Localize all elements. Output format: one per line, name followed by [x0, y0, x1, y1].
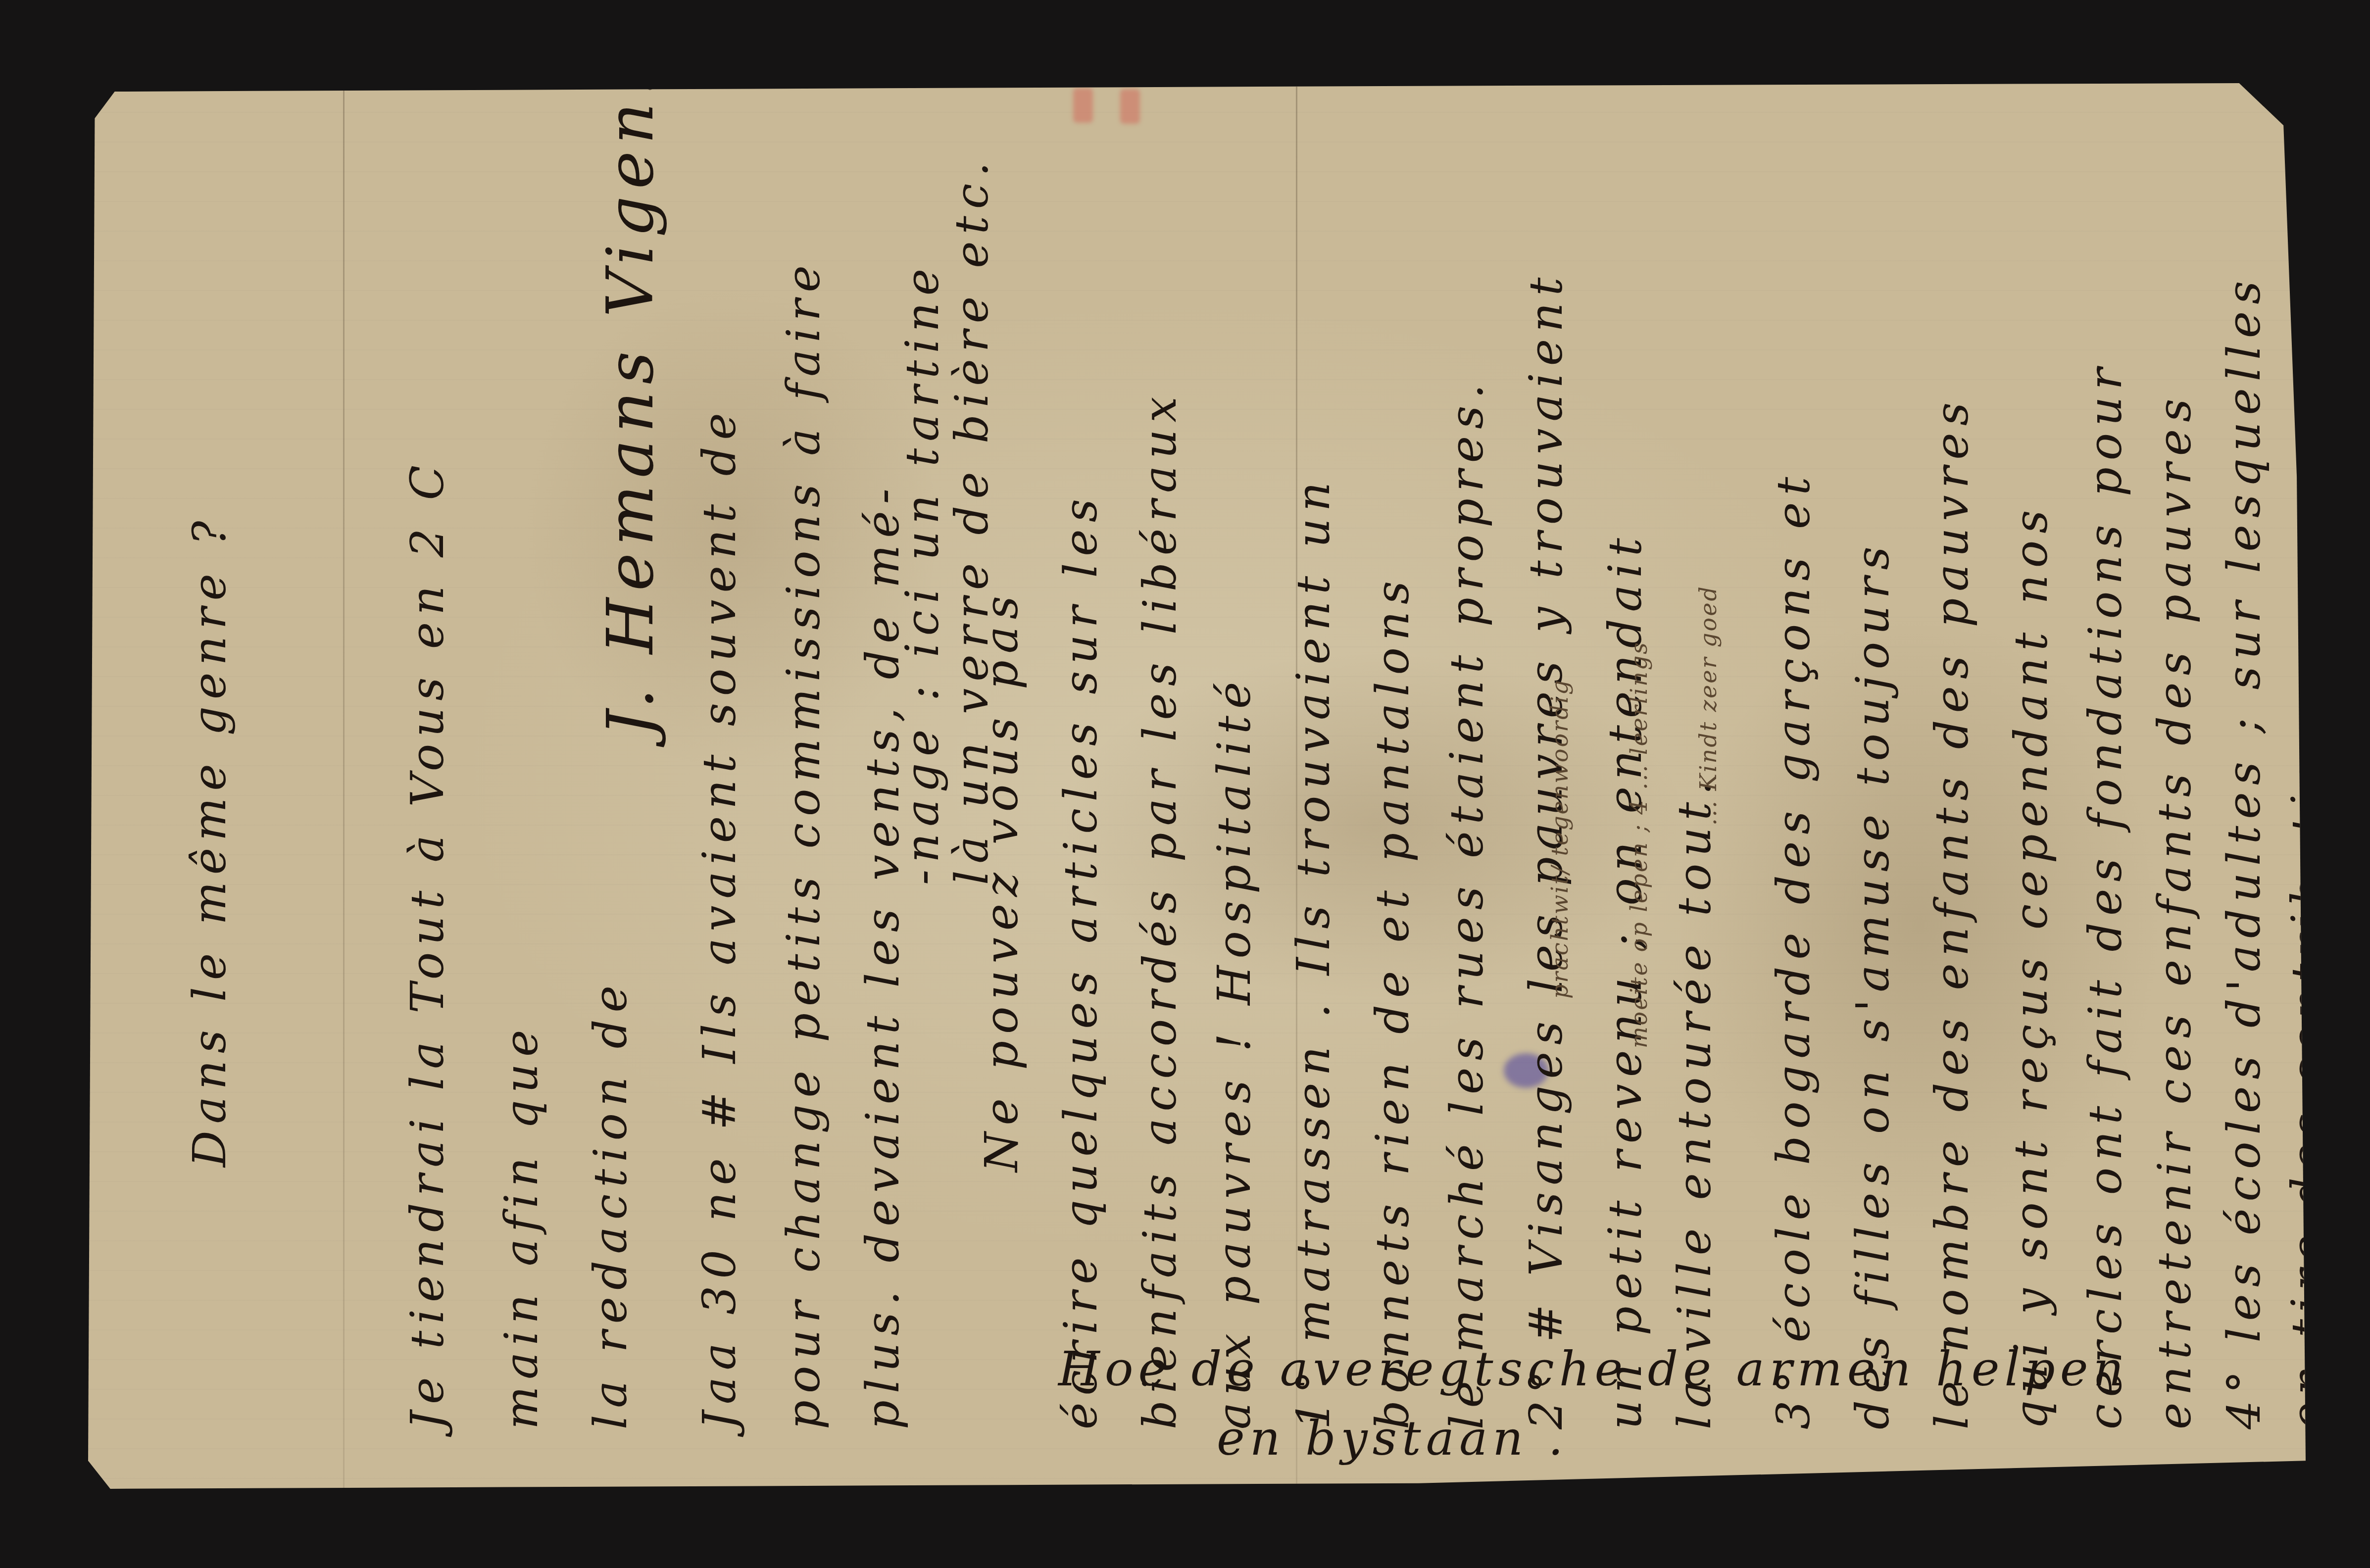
- letter-paper: Dans le même genre ? Je tiendrai la Tout…: [88, 83, 2306, 1489]
- letter-line: cercles ont fait des fondations pour: [2083, 361, 2128, 1429]
- letter-line: bonnets rien de et pantalons: [1370, 574, 1416, 1429]
- pencil-note: ... Kindt zeer goed: [1697, 585, 1720, 826]
- letter-line: bienfaits accordés par les libéraux: [1137, 390, 1183, 1429]
- letter-line: écrire quelques articles sur les: [1058, 492, 1104, 1429]
- fold-line: [343, 83, 345, 1489]
- letter-line: on tire des contributions: [2286, 686, 2331, 1429]
- letter-line: 3° école bogarde des garçons et: [1771, 470, 1817, 1429]
- pencil-note: moeite op lepen ; 4 ... leerlings: [1628, 641, 1650, 1048]
- dutch-annotation-line-1: Hoe de averegtsche de armen helpen: [1058, 1345, 2128, 1393]
- pencil-note: prachtwit/ tegenwoordig: [1548, 679, 1571, 999]
- letter-line: entretenir ces enfants des pauvres: [2152, 392, 2198, 1429]
- letter-line: Ne pouvez vous pas: [979, 589, 1025, 1172]
- red-stamp-mark: [1073, 88, 1093, 123]
- letter-line: aux pauvres ! Hospitalité: [1212, 675, 1257, 1429]
- letter-line: le marché les rues étaient propres.: [1444, 377, 1490, 1429]
- letter-line: le nombre des enfants des pauvres: [1929, 395, 1975, 1429]
- letter-line: la redaction de: [588, 979, 634, 1429]
- letter-line: Je tiendrai la Tout à Vous en 2 C: [405, 458, 450, 1429]
- letter-line: Jaa 30 ne # Ils avaient souvent de: [697, 406, 742, 1429]
- red-stamp-mark: [1120, 89, 1140, 124]
- letter-line: des filles on s'amuse toujours: [1850, 539, 1896, 1429]
- letter-line: la ville entourée tout.: [1672, 774, 1718, 1429]
- letter-line: -nage : ici un tartine: [900, 262, 945, 885]
- letter-line: 4° les écoles d'adultes ; sur lesquelles: [2222, 274, 2267, 1429]
- letter-line: qui y sont reçus cependant nos: [2009, 503, 2054, 1429]
- letter-line: Dans le même genre ?: [187, 514, 233, 1167]
- letter-line: main afin que: [499, 1023, 544, 1429]
- letter-line: pour change petits commissions à faire: [781, 258, 827, 1429]
- signature: J. Hemans Vigen.: [598, 68, 662, 736]
- dutch-annotation-line-2: en bystaan .: [1217, 1415, 1568, 1462]
- letter-line: 1° matrassen . Ils trouvaient un: [1291, 475, 1336, 1429]
